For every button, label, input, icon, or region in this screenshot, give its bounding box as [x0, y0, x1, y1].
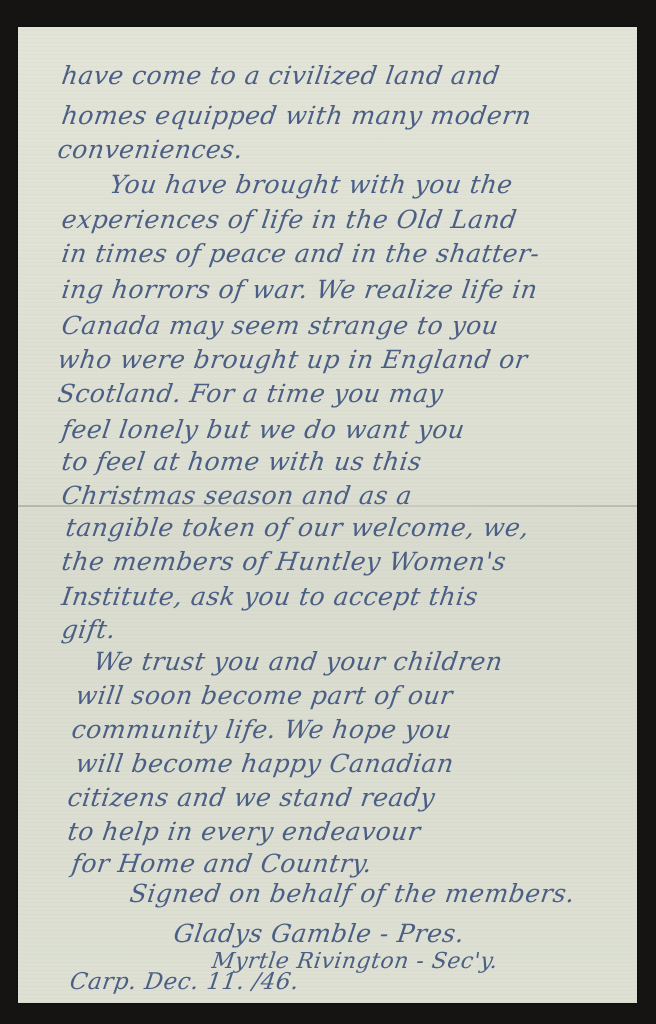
- letter-line: homes equipped with many modern: [60, 101, 534, 130]
- signature-president: Gladys Gamble - Pres.: [172, 919, 466, 948]
- letter-line: tangible token of our welcome, we,: [64, 513, 531, 542]
- letter-line: Institute, ask you to accept this: [60, 582, 480, 611]
- letter-line: feel lonely but we do want you: [60, 415, 467, 444]
- place-date: Carp. Dec. 11. /46.: [68, 969, 301, 995]
- letter-line: ing horrors of war. We realize life in: [60, 275, 540, 304]
- letter-line: experiences of life in the Old Land: [60, 205, 519, 234]
- letter-line: gift.: [60, 615, 118, 644]
- letter-line: have come to a civilized land and: [60, 61, 502, 90]
- letter-line: We trust you and your children: [92, 647, 505, 676]
- letter-line: You have brought with you the: [108, 170, 515, 199]
- letter-closing: Signed on behalf of the members.: [128, 879, 577, 908]
- letter-line: in times of peace and in the shatter-: [60, 239, 542, 268]
- letter-line: community life. We hope you: [70, 715, 454, 744]
- letter-page: have come to a civilized land and homes …: [18, 27, 637, 1003]
- letter-line: Canada may seem strange to you: [60, 311, 501, 340]
- letter-line: who were brought up in England or: [56, 345, 530, 374]
- letter-line: the members of Huntley Women's: [60, 547, 508, 576]
- letter-line: Scotland. For a time you may: [56, 379, 445, 408]
- letter-line: conveniences.: [56, 135, 245, 164]
- letter-line: for Home and Country.: [70, 849, 374, 878]
- letter-line: to help in every endeavour: [66, 817, 423, 846]
- letter-line: will soon become part of our: [74, 681, 455, 710]
- letter-line: Christmas season and as a: [60, 481, 414, 510]
- letter-line: will become happy Canadian: [74, 749, 456, 778]
- letter-body: have come to a civilized land and homes …: [18, 27, 637, 1003]
- letter-line: citizens and we stand ready: [66, 783, 437, 812]
- letter-line: to feel at home with us this: [60, 447, 424, 476]
